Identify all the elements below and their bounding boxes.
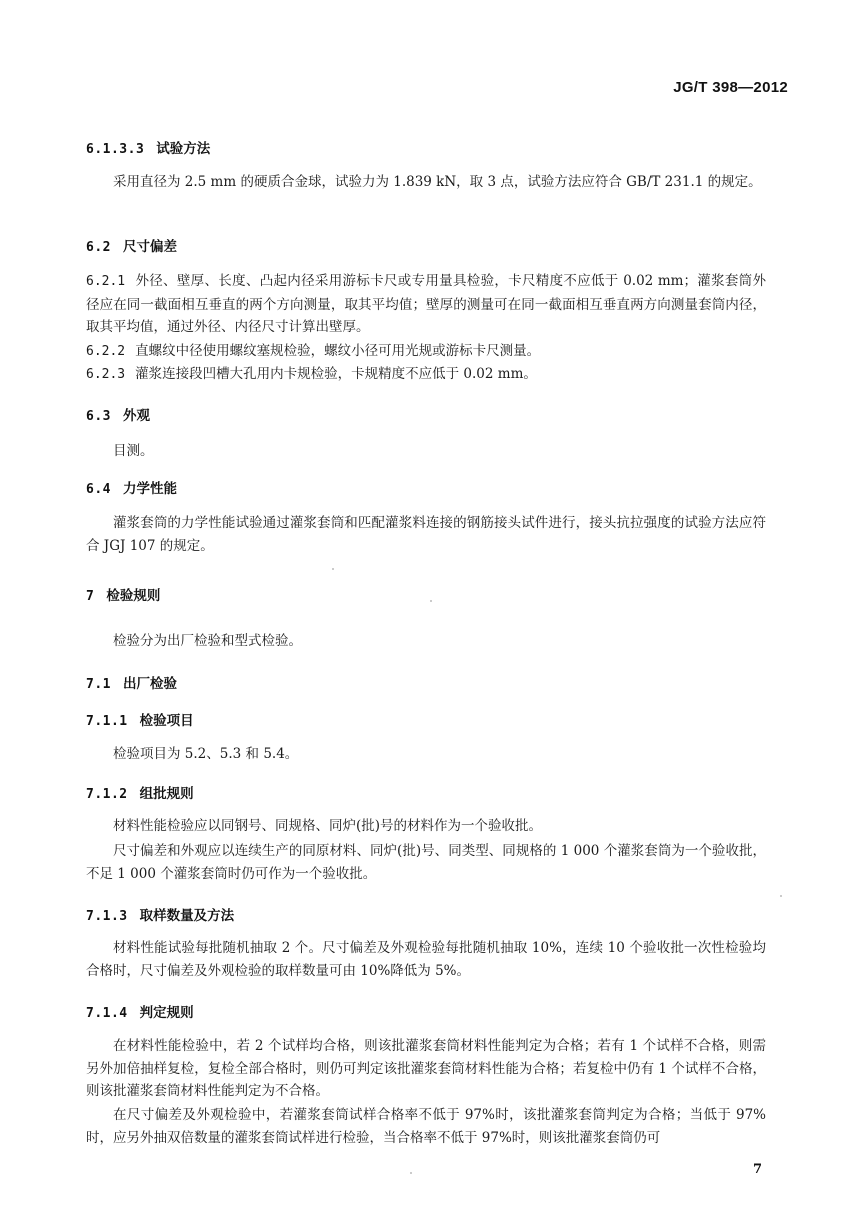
section-heading-6-1-3-3: 6.1.3.3试验方法 bbox=[86, 137, 210, 157]
section-number: 7.1 bbox=[86, 677, 111, 692]
section-title: 检验项目 bbox=[140, 713, 194, 729]
section-title: 组批规则 bbox=[140, 786, 194, 802]
section-number: 6.2 bbox=[86, 240, 111, 255]
section-number: 7.1.2 bbox=[86, 787, 128, 802]
section-heading-7-1-4: 7.1.4判定规则 bbox=[86, 1001, 194, 1021]
scan-speck bbox=[780, 895, 782, 897]
section-heading-6-3: 6.3外观 bbox=[86, 404, 150, 424]
section-heading-6-2: 6.2尺寸偏差 bbox=[86, 235, 177, 255]
paragraph-7: 检验分为出厂检验和型式检验。 bbox=[86, 630, 766, 653]
clause-6-2-2: 6.2.2直螺纹中径使用螺纹塞规检验，螺纹小径可用光规或游标卡尺测量。 bbox=[86, 340, 766, 364]
section-number: 6.4 bbox=[86, 482, 111, 497]
standard-code: JG/T 398—2012 bbox=[673, 79, 788, 96]
document-page: JG/T 398—2012 6.1.3.3试验方法 采用直径为 2.5 mm 的… bbox=[0, 0, 850, 1224]
clause-number: 6.2.2 bbox=[86, 344, 125, 359]
section-title: 试验方法 bbox=[156, 141, 210, 157]
paragraph-6-3: 目测。 bbox=[86, 440, 766, 463]
paragraph-7-1-1: 检验项目为 5.2、5.3 和 5.4。 bbox=[86, 743, 766, 766]
paragraph-7-1-4-b: 在尺寸偏差及外观检验中，若灌浆套筒试样合格率不低于 97%时，该批灌浆套筒判定为… bbox=[86, 1104, 766, 1149]
paragraph-7-1-3: 材料性能试验每批随机抽取 2 个。尺寸偏差及外观检验每批随机抽取 10%，连续 … bbox=[86, 937, 766, 982]
section-number: 7.1.4 bbox=[86, 1006, 128, 1021]
section-heading-7: 7检验规则 bbox=[86, 584, 160, 604]
section-number: 7.1.1 bbox=[86, 714, 128, 729]
section-number: 6.3 bbox=[86, 409, 111, 424]
paragraph-6-1-3-3: 采用直径为 2.5 mm 的硬质合金球，试验力为 1.839 kN，取 3 点，… bbox=[86, 171, 766, 194]
paragraph-7-1-2-a: 材料性能检验应以同钢号、同规格、同炉(批)号的材料作为一个验收批。 bbox=[86, 815, 766, 838]
section-heading-7-1-1: 7.1.1检验项目 bbox=[86, 709, 194, 729]
section-title: 检验规则 bbox=[106, 588, 160, 604]
clause-text: 灌浆连接段凹槽大孔用内卡规检验，卡规精度不应低于 0.02 mm。 bbox=[135, 366, 537, 382]
section-title: 力学性能 bbox=[123, 481, 177, 497]
paragraph-7-1-2-b: 尺寸偏差和外观应以连续生产的同原材料、同炉(批)号、同类型、同规格的 1 000… bbox=[86, 840, 766, 885]
clause-text: 外径、壁厚、长度、凸起内径采用游标卡尺或专用量具检验，卡尺精度不应低于 0.02… bbox=[86, 273, 766, 335]
section-title: 取样数量及方法 bbox=[140, 908, 235, 924]
section-number: 7 bbox=[86, 589, 94, 604]
section-heading-7-1-2: 7.1.2组批规则 bbox=[86, 782, 194, 802]
section-title: 外观 bbox=[123, 408, 150, 424]
section-heading-6-4: 6.4力学性能 bbox=[86, 477, 177, 497]
section-heading-7-1: 7.1出厂检验 bbox=[86, 672, 177, 692]
clause-number: 6.2.3 bbox=[86, 367, 125, 382]
section-title: 判定规则 bbox=[140, 1005, 194, 1021]
page-number: 7 bbox=[753, 1162, 762, 1177]
paragraph-6-4: 灌浆套筒的力学性能试验通过灌浆套筒和匹配灌浆料连接的钢筋接头试件进行，接头抗拉强… bbox=[86, 512, 766, 557]
clause-6-2-1: 6.2.1外径、壁厚、长度、凸起内径采用游标卡尺或专用量具检验，卡尺精度不应低于… bbox=[86, 270, 766, 339]
section-title: 尺寸偏差 bbox=[123, 239, 177, 255]
scan-speck bbox=[430, 600, 432, 602]
clause-number: 6.2.1 bbox=[86, 274, 125, 289]
paragraph-7-1-4-a: 在材料性能检验中，若 2 个试样均合格，则该批灌浆套筒材料性能判定为合格；若有 … bbox=[86, 1035, 766, 1103]
section-title: 出厂检验 bbox=[123, 676, 177, 692]
scan-speck bbox=[410, 1172, 412, 1174]
scan-speck bbox=[332, 568, 334, 570]
section-heading-7-1-3: 7.1.3取样数量及方法 bbox=[86, 904, 234, 924]
clause-6-2-3: 6.2.3灌浆连接段凹槽大孔用内卡规检验，卡规精度不应低于 0.02 mm。 bbox=[86, 363, 766, 387]
section-number: 6.1.3.3 bbox=[86, 142, 144, 157]
clause-text: 直螺纹中径使用螺纹塞规检验，螺纹小径可用光规或游标卡尺测量。 bbox=[135, 343, 540, 359]
section-number: 7.1.3 bbox=[86, 909, 128, 924]
